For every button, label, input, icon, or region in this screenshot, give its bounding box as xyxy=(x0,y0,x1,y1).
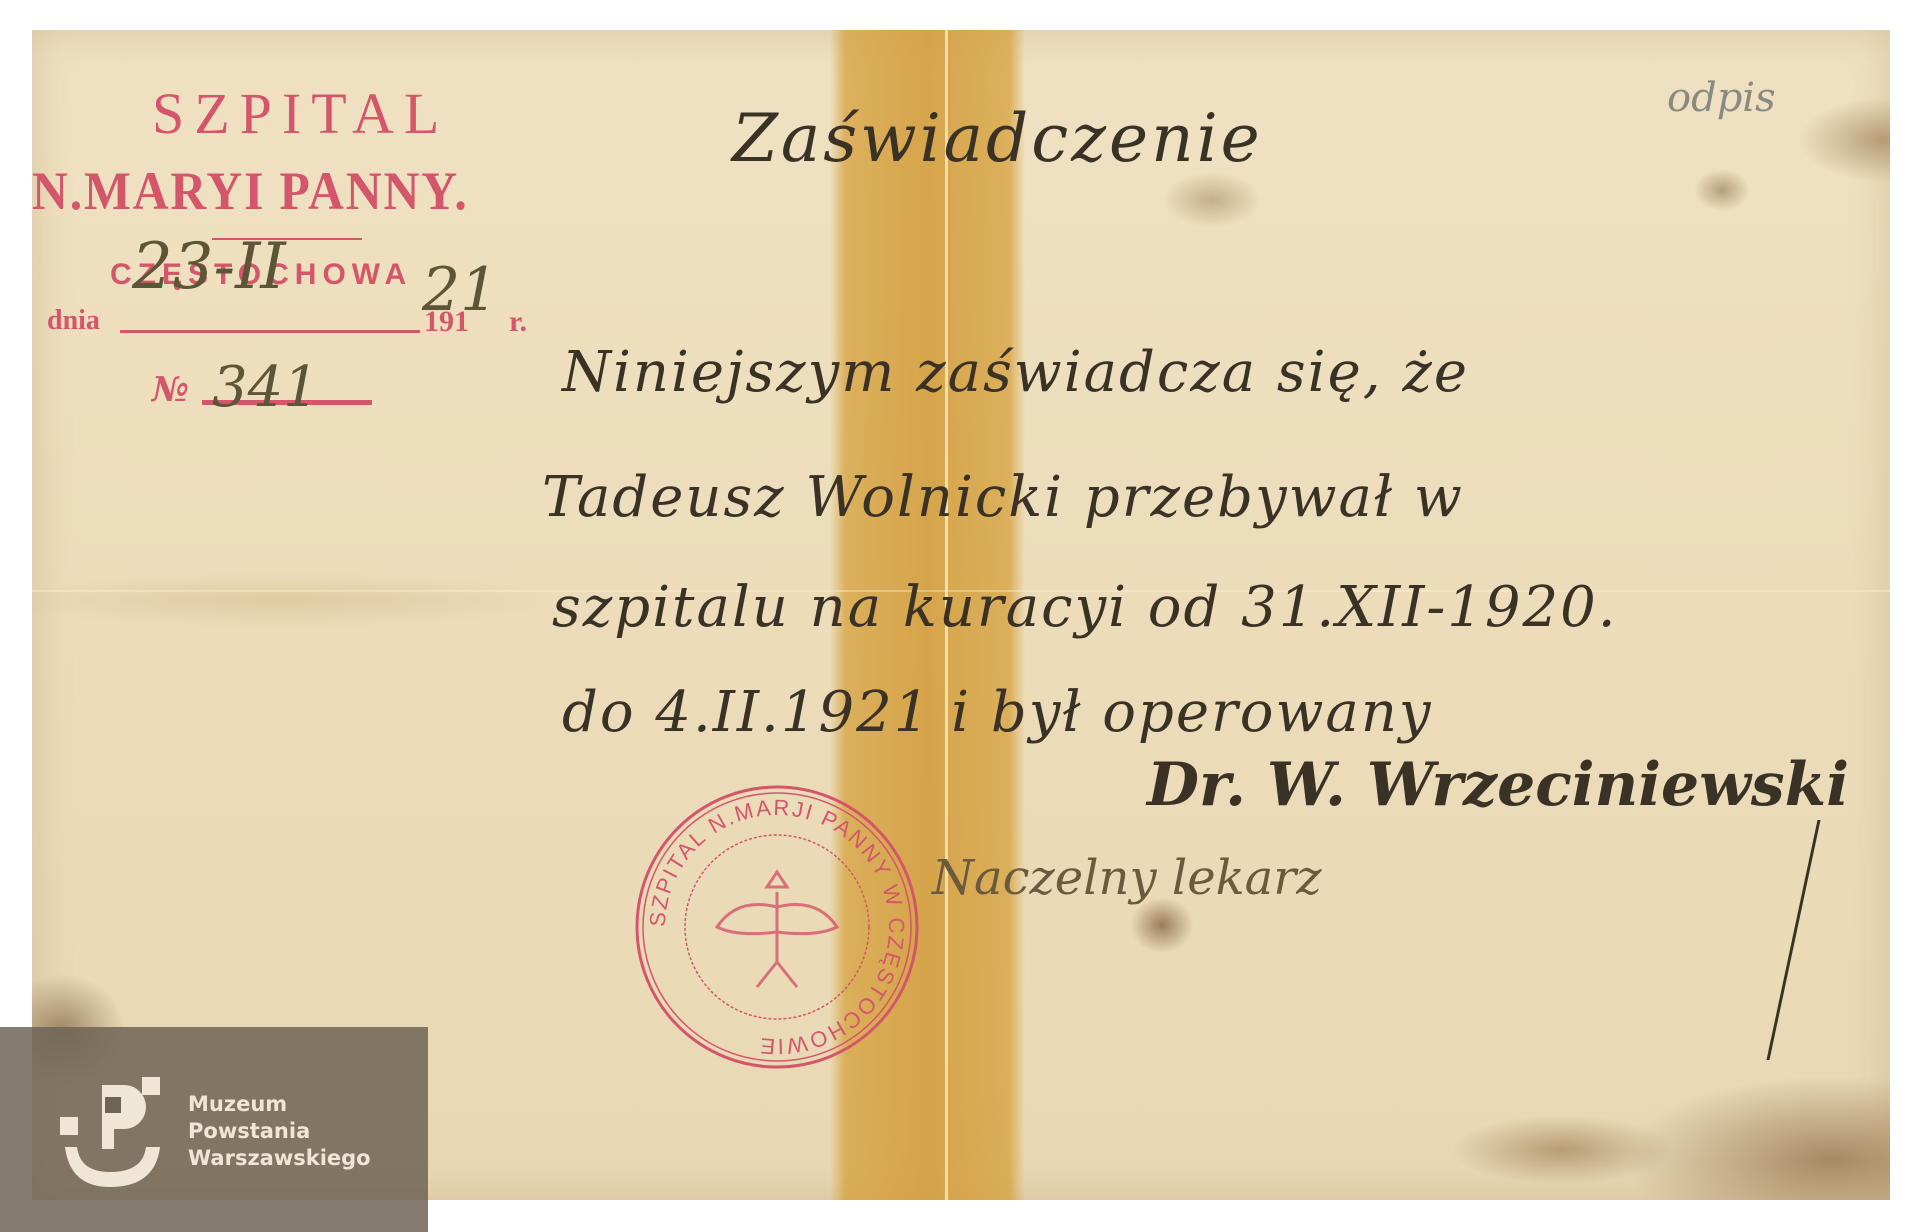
signature-role: Naczelny lekarz xyxy=(932,850,1322,906)
handwritten-year: 21 xyxy=(422,255,498,325)
stamp-line-hospital-name: N.MARYI PANNY. xyxy=(32,160,469,222)
body-line: Niniejszym zaświadcza się, że xyxy=(562,340,1469,405)
body-line: Tadeusz Wolnicki przebywał w xyxy=(542,465,1464,530)
document-paper: SZPITAL N.MARYI PANNY. CZĘSTOCHOWA dnia … xyxy=(32,30,1890,1200)
museum-watermark: Muzeum Powstania Warszawskiego xyxy=(0,1027,428,1232)
document-title: Zaświadczenie xyxy=(732,100,1263,177)
eagle-emblem-icon xyxy=(717,872,837,987)
stamp-number-label: № xyxy=(152,370,189,410)
signature-flourish xyxy=(1726,820,1820,1060)
handwritten-number: 341 xyxy=(212,355,319,420)
stamp-date-label: dnia xyxy=(47,305,100,337)
body-line: szpitalu na kuracyi od 31.XII-1920. xyxy=(552,575,1618,640)
stamp-date-line xyxy=(120,330,420,333)
body-line: do 4.II.1921 i był operowany xyxy=(562,680,1433,745)
stamp-line-szpital: SZPITAL xyxy=(152,80,449,147)
round-hospital-stamp: SZPITAL N.MARJI PANNY W CZĘSTOCHOWIE xyxy=(632,782,922,1072)
handwritten-date: 23-II xyxy=(132,230,286,304)
museum-name: Muzeum Powstania Warszawskiego xyxy=(188,1091,371,1172)
pencil-note: odpis xyxy=(1667,75,1776,121)
kotwica-icon xyxy=(60,1077,170,1192)
signature: Dr. W. Wrzeciniewski xyxy=(1147,750,1849,820)
